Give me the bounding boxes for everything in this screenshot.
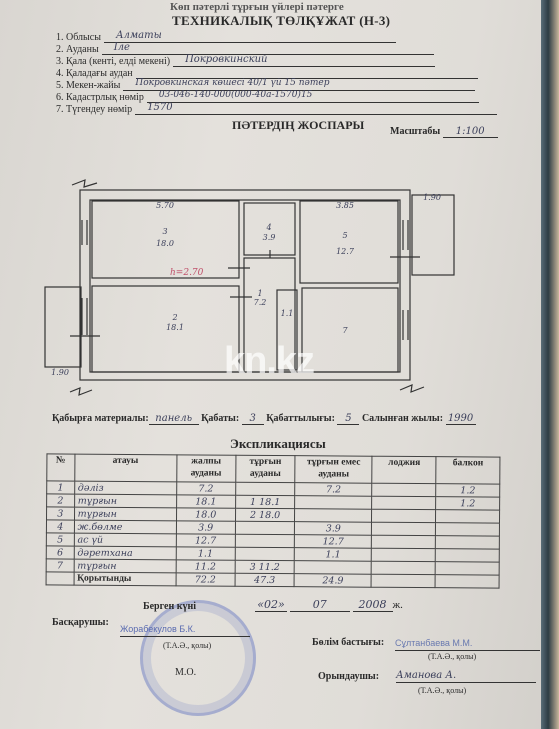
seal-mark: М.О. [175, 667, 196, 678]
explication-title: Экспликациясы [230, 436, 326, 452]
scale-label: Масштабы [390, 126, 440, 137]
table-header-row: № атауы жалпы ауданы тұрғын ауданы тұрғы… [47, 454, 500, 484]
room-area: 18.1 [166, 323, 184, 332]
table-total-row: Қорытынды72.247.324.9 [46, 572, 499, 588]
col-name: атауы [74, 454, 176, 482]
floors-label: Қабаттылығы: [266, 413, 335, 424]
room-area: 1.1 [281, 309, 294, 318]
year-suffix: ж. [393, 599, 403, 611]
head-sig-caption: (Т.А.Ә., қолы) [163, 641, 211, 650]
date-day: «02» [255, 598, 287, 612]
floor-label: Қабаты: [201, 413, 239, 424]
doc-subtitle: Көп пәтерлі тұрғын үйлері пәтерге [170, 1, 344, 13]
building-materials: Қабырға материалы:панель Қабаты: 3 Қабат… [52, 413, 476, 425]
col-balcony: балкон [436, 457, 500, 484]
dept-sig-caption: (Т.А.Ә., қолы) [428, 652, 476, 661]
doc-title: ТЕХНИКАЛЫҚ ТӨЛҚҰЖАТ (Н-3) [172, 13, 390, 29]
room-number: 3 [162, 227, 167, 236]
field-label: 7. Түгендеу нөмір [56, 104, 132, 115]
year-label: Салынған жылы: [362, 413, 443, 424]
room-area: 12.7 [336, 247, 355, 256]
room-number: 2 [171, 313, 177, 322]
dim-label: 3.85 [336, 201, 354, 210]
given-label: Берген күні [143, 601, 196, 612]
col-non-living-area: тұрғын емес ауданы [295, 456, 372, 484]
room-number: 7 [342, 326, 348, 335]
field-value: 1570 [135, 102, 497, 115]
date-year: 2008 [353, 598, 393, 612]
room-number: 4 [265, 223, 271, 232]
wall-value: панель [149, 413, 199, 425]
col-loggia: лоджия [372, 456, 436, 483]
floor-value: 3 [242, 413, 264, 425]
explication-table: № атауы жалпы ауданы тұрғын ауданы тұрғы… [46, 453, 501, 588]
dim-label: 1.90 [423, 193, 441, 202]
floors-value: 5 [337, 413, 359, 425]
exec-sig-caption: (Т.А.Ә., қолы) [418, 686, 466, 695]
col-living-area: тұрғын ауданы [236, 455, 296, 482]
room-number: 5 [342, 231, 347, 240]
room-area: 3.9 [263, 233, 276, 242]
ceiling-height: h=2.70 [170, 268, 204, 278]
head-name: Жорабекулов Б.К. [120, 624, 250, 637]
year-value: 1990 [446, 413, 476, 425]
exec-label: Орындаушы: [318, 671, 379, 682]
room-area: 7.2 [254, 298, 267, 307]
dept-name: Сұлтанбаева М.М. [395, 638, 540, 651]
col-no: № [47, 454, 75, 481]
field-inventory: 7. Түгендеу нөмір 1570 [56, 102, 497, 115]
official-stamp [140, 600, 256, 716]
exec-name: Аманова А. [396, 670, 536, 683]
head-label: Басқарушы: [52, 617, 109, 628]
room-area: 18.0 [156, 239, 174, 248]
wall-label: Қабырға материалы: [52, 413, 149, 424]
dim-label: 5.70 [156, 201, 174, 210]
watermark: kn.kz [224, 340, 314, 383]
scale: Масштабы 1:100 [390, 126, 498, 138]
issue-date: «02» 07 2008ж. [255, 598, 403, 612]
dim-label: 1.90 [51, 368, 69, 377]
plan-title: ПӘТЕРДІҢ ЖОСПАРЫ [232, 118, 364, 133]
col-total-area: жалпы ауданы [176, 455, 235, 482]
dept-label: Бөлім бастығы: [312, 637, 384, 648]
room-number: 1 [257, 289, 262, 298]
scale-value: 1:100 [443, 126, 498, 138]
date-month: 07 [290, 598, 350, 612]
